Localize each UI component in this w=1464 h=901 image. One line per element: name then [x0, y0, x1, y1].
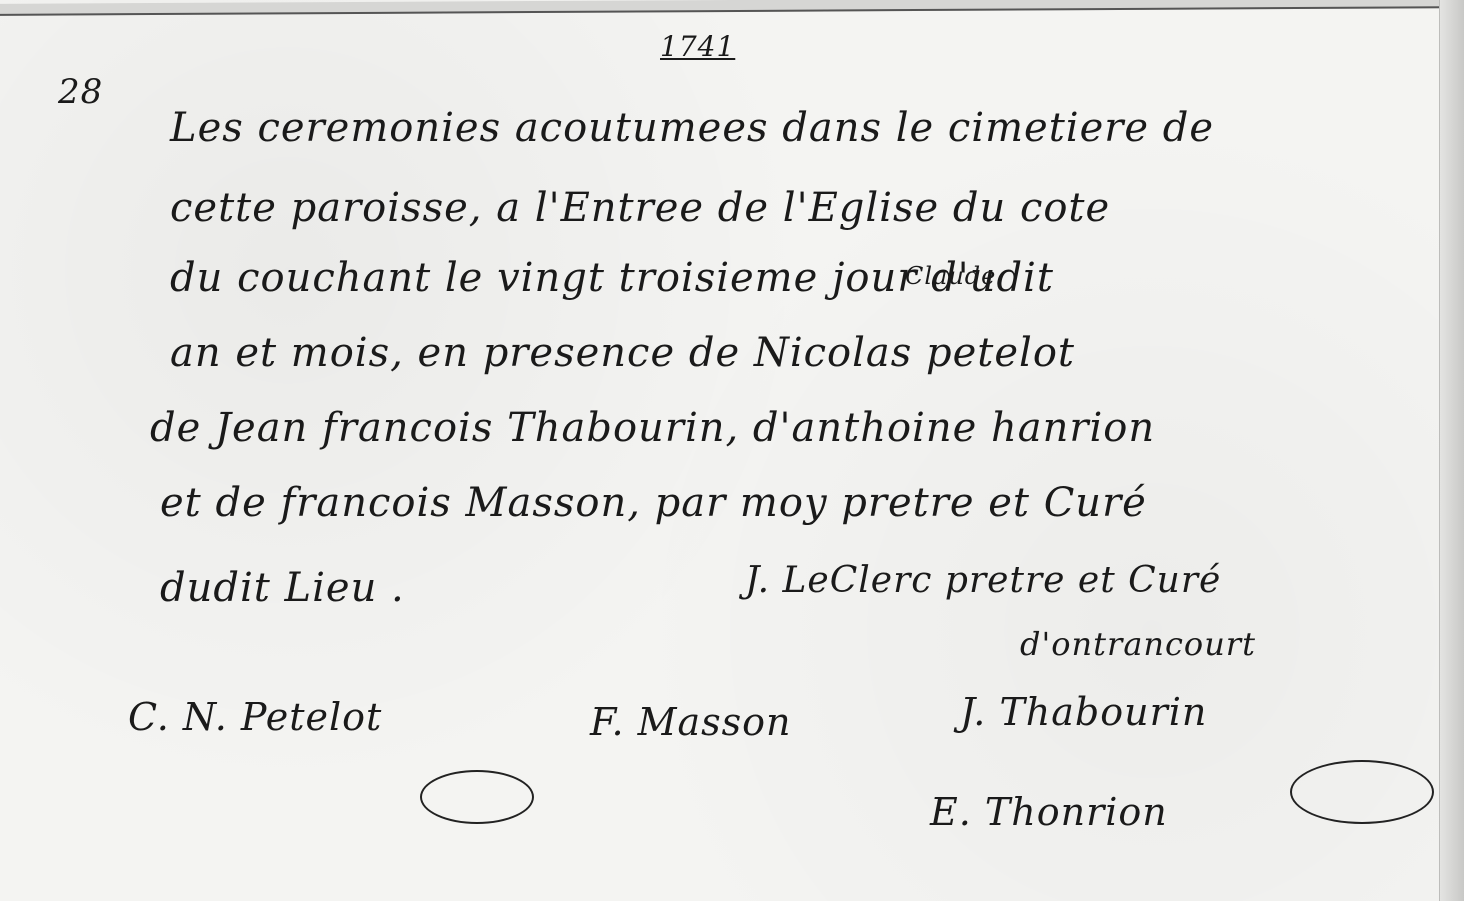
priest-name: J. LeClerc [745, 560, 932, 601]
signature-thabourin: J. Thabourin [960, 690, 1207, 734]
page-binding-edge [1439, 0, 1464, 901]
signature-flourish [420, 770, 534, 824]
body-line-2: cette paroisse, a l'Entree de l'Eglise d… [170, 185, 1110, 231]
interlinear-insertion: Claude [905, 262, 996, 290]
body-line-1: Les ceremonies acoutumees dans le cimeti… [170, 105, 1214, 151]
signature-masson: F. Masson [590, 700, 792, 744]
priest-title: pretre et Curé [945, 560, 1221, 601]
signature-flourish [1290, 760, 1434, 824]
signature-thonrion: E. Thonrion [930, 790, 1168, 834]
priest-parish: d'ontrancourt [1020, 625, 1256, 663]
body-line-4: an et mois, en presence de Nicolas petel… [170, 330, 1075, 376]
body-line-5: de Jean francois Thabourin, d'anthoine h… [150, 405, 1155, 451]
body-line-7: dudit Lieu . [160, 565, 405, 611]
entry-number: 28 [58, 72, 103, 112]
register-page: 1741 28 Les ceremonies acoutumees dans l… [0, 0, 1440, 901]
page-top-edge [0, 0, 1464, 16]
body-line-6: et de francois Masson, par moy pretre et… [160, 480, 1147, 526]
year-heading: 1741 [660, 30, 735, 63]
priest-signature: J. LeClerc pretre et Curé [745, 560, 1221, 601]
signature-petelot: C. N. Petelot [128, 695, 382, 739]
